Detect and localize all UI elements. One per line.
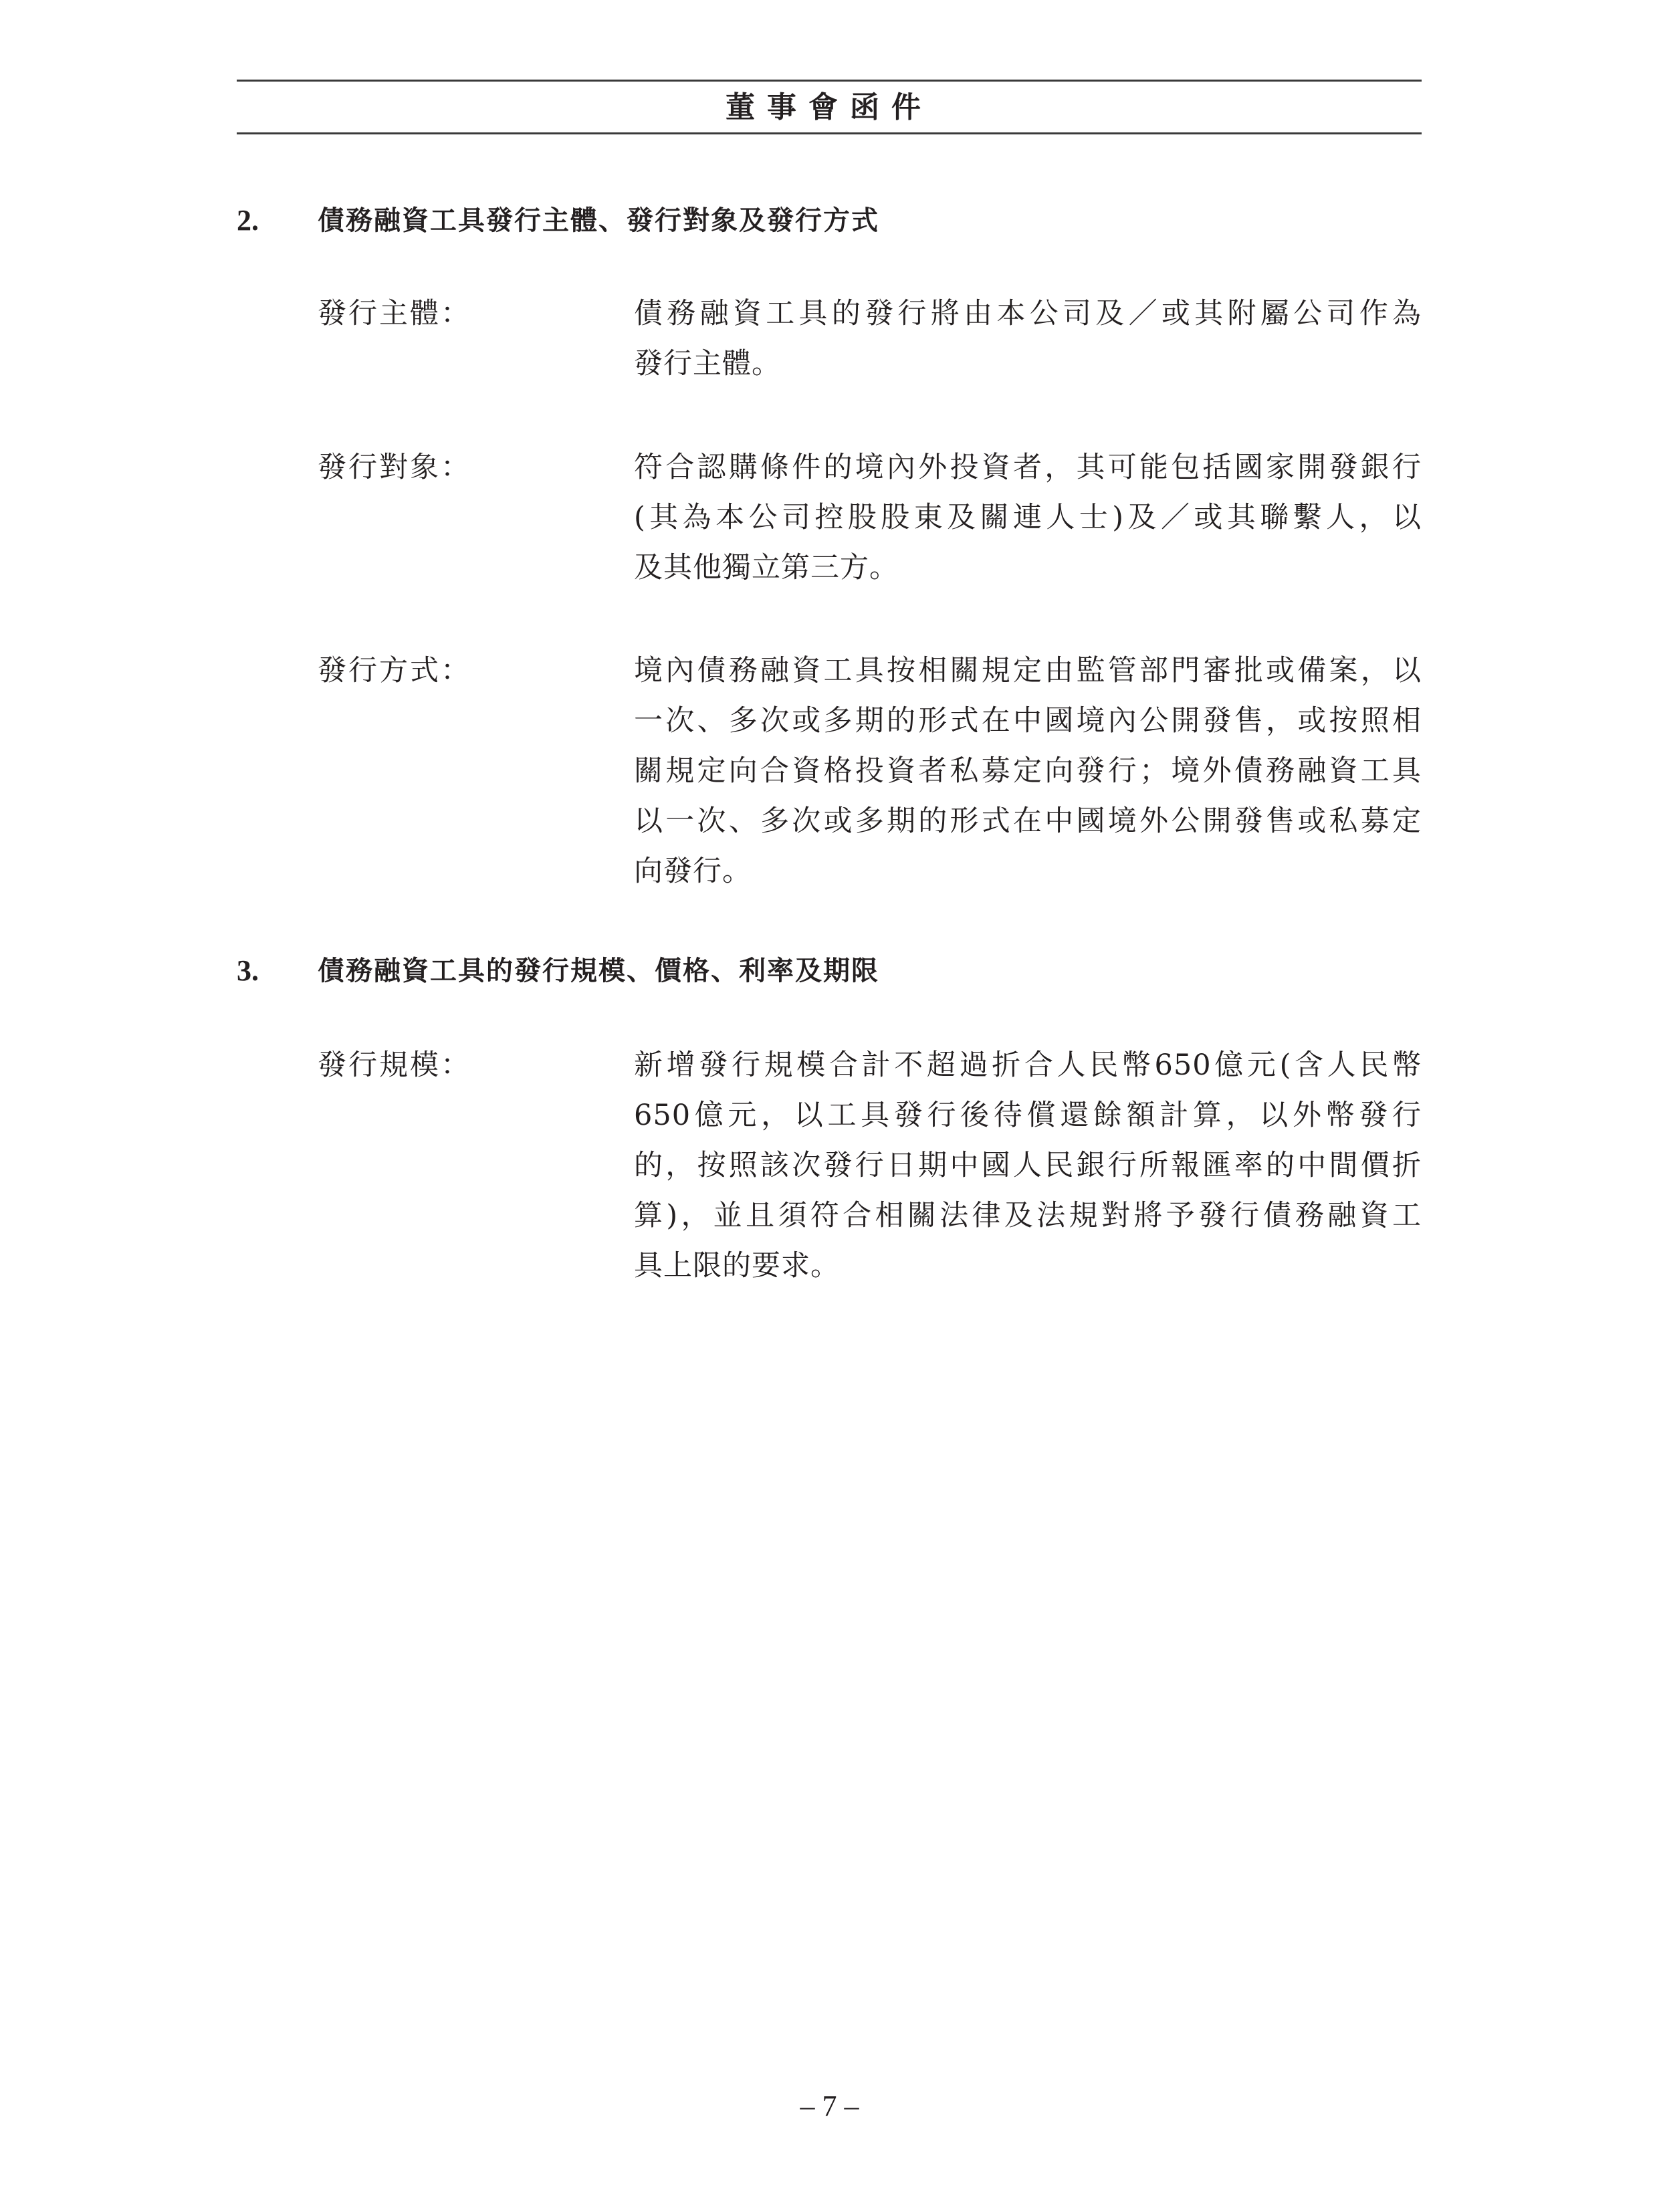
text-line: 及其他獨立第三方。 [634,543,1422,593]
section-number: 3. [237,951,259,991]
row-value: 新增發行規模合計不超過折合人民幣650億元(含人民幣 650億元，以工具發行後待… [634,1040,1422,1291]
text-line: 符合認購條件的境內外投資者，其可能包括國家開發銀行 [634,443,1422,493]
text-line: 一次、多次或多期的形式在中國境內公開發售，或按照相 [634,696,1422,746]
row-value: 符合認購條件的境內外投資者，其可能包括國家開發銀行 (其為本公司控股股東及關連人… [634,443,1422,593]
header-top-rule [237,80,1422,82]
section-3-heading: 3. 債務融資工具的發行規模、價格、利率及期限 [237,951,1422,991]
text-line: 向發行。 [634,847,1422,897]
header-bottom-rule [237,132,1422,134]
text-line: 具上限的要求。 [634,1241,1422,1291]
text-line: 以一次、多次或多期的形式在中國境外公開發售或私募定 [634,796,1422,847]
section-2-heading: 2. 債務融資工具發行主體、發行對象及發行方式 [237,201,1422,241]
row-issuance-size: 發行規模： 新增發行規模合計不超過折合人民幣650億元(含人民幣 650億元，以… [318,1040,1422,1295]
text-line: 境內債務融資工具按相關規定由監管部門審批或備案，以 [634,646,1422,696]
text-line: (其為本公司控股股東及關連人士)及／或其聯繫人，以 [634,493,1422,543]
row-issuance-method: 發行方式： 境內債務融資工具按相關規定由監管部門審批或備案，以 一次、多次或多期… [318,646,1422,900]
row-label: 發行對象： [318,443,598,493]
row-label: 發行方式： [318,646,598,696]
row-value: 債務融資工具的發行將由本公司及／或其附屬公司作為 發行主體。 [634,289,1422,389]
text-line: 的，按照該次發行日期中國人民銀行所報匯率的中間價折 [634,1141,1422,1191]
text-line: 債務融資工具的發行將由本公司及／或其附屬公司作為 [634,289,1422,339]
page-title: 董事會函件 [237,84,1422,131]
section-title: 債務融資工具發行主體、發行對象及發行方式 [318,201,879,241]
section-number: 2. [237,201,259,241]
section-title: 債務融資工具的發行規模、價格、利率及期限 [318,951,879,991]
text-line: 650億元，以工具發行後待償還餘額計算，以外幣發行 [634,1091,1422,1141]
text-line: 發行主體。 [634,339,1422,389]
text-line: 新增發行規模合計不超過折合人民幣650億元(含人民幣 [634,1040,1422,1091]
row-issuer: 發行主體： 債務融資工具的發行將由本公司及／或其附屬公司作為 發行主體。 [318,289,1422,396]
text-line: 關規定向合資格投資者私募定向發行；境外債務融資工具 [634,746,1422,796]
row-label: 發行規模： [318,1040,598,1091]
page-number: – 7 – [0,2086,1659,2126]
row-label: 發行主體： [318,289,598,339]
text-line: 算)，並且須符合相關法律及法規對將予發行債務融資工 [634,1191,1422,1241]
row-value: 境內債務融資工具按相關規定由監管部門審批或備案，以 一次、多次或多期的形式在中國… [634,646,1422,897]
row-target-investors: 發行對象： 符合認購條件的境內外投資者，其可能包括國家開發銀行 (其為本公司控股… [318,443,1422,596]
